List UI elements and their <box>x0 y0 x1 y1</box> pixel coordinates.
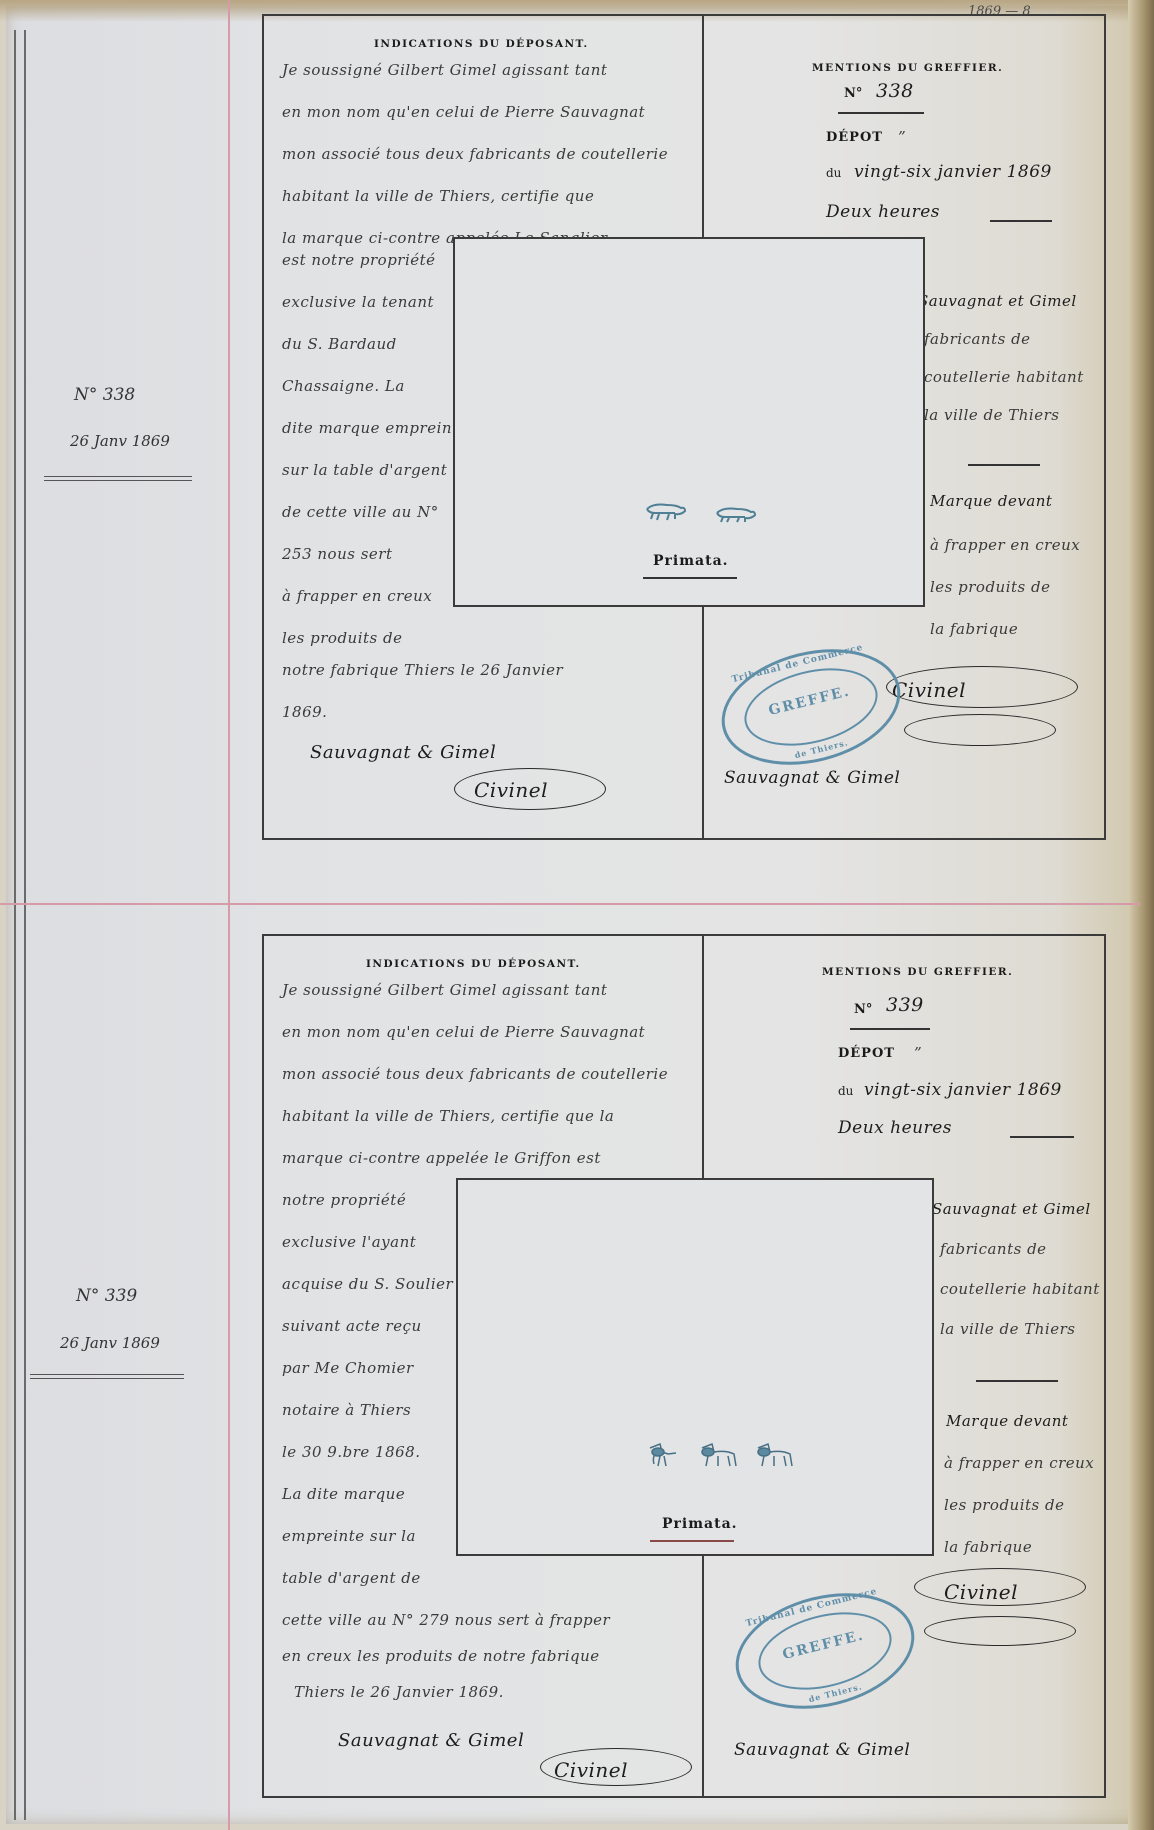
date-du-label: du <box>826 166 841 180</box>
margin-record-date: 26 Janv 1869 <box>70 432 170 450</box>
declaration-line: notaire à Thiers <box>282 1390 411 1430</box>
clerk-line: fabricants de <box>924 330 1031 348</box>
clerk-line: la fabrique <box>930 620 1018 638</box>
clerk-line: à frapper en creux <box>930 536 1080 554</box>
deposit-number: 339 <box>886 994 924 1016</box>
deposit-record-339: Indications du déposant. Mentions du gre… <box>262 934 1106 1798</box>
margin-record-date: 26 Janv 1869 <box>60 1334 160 1352</box>
depositor-heading: Indications du déposant. <box>366 958 581 970</box>
declaration-line: acquise du S. Soulier <box>282 1264 453 1304</box>
deposit-number-underline <box>850 1028 930 1030</box>
signature-flourish <box>924 1616 1076 1646</box>
declaration-line: notre propriété <box>282 1180 406 1220</box>
deposit-record-338: Indications du déposant. Mentions du gre… <box>262 14 1106 840</box>
declaration-line: mon associé tous deux fabricants de cout… <box>282 134 668 174</box>
trademark-impression-box: Primata. <box>456 1178 934 1556</box>
clerk-line: coutellerie habitant <box>924 368 1084 386</box>
depositor-heading: Indications du déposant. <box>374 38 589 50</box>
deposit-time: Deux heures <box>826 202 940 222</box>
declaration-line: 1869. <box>282 692 327 732</box>
caption-underline <box>643 577 737 579</box>
page-right-edge <box>1128 0 1154 1830</box>
margin-rule-horizontal <box>0 903 1140 905</box>
declaration-line: habitant la ville de Thiers, certifie qu… <box>282 176 594 216</box>
declaration-line: cette ville au N° 279 nous sert à frappe… <box>282 1600 610 1640</box>
deposit-number-label: N° <box>844 86 862 101</box>
clerk-line: les produits de <box>944 1496 1064 1514</box>
deposit-number-label: N° <box>854 1002 872 1017</box>
depot-ditto: ” <box>898 128 906 146</box>
declaration-line: Je soussigné Gilbert Gimel agissant tant <box>282 970 607 1010</box>
signature-flourish <box>540 1748 692 1786</box>
margin-double-rule <box>44 476 192 481</box>
griffin-stamp-icon <box>646 1442 806 1472</box>
declaration-line: à frapper en creux <box>282 576 432 616</box>
clerk-line: à frapper en creux <box>944 1454 1094 1472</box>
depositor-signature: Sauvagnat & Gimel <box>338 1730 524 1751</box>
clerk-line: la ville de Thiers <box>940 1320 1075 1338</box>
deposit-time: Deux heures <box>838 1118 952 1138</box>
declaration-line: Thiers le 26 Janvier 1869. <box>294 1672 504 1712</box>
declaration-line: dite marque empreinte <box>282 408 468 448</box>
clerk-line: Marque devant <box>946 1412 1068 1430</box>
declaration-line: habitant la ville de Thiers, certifie qu… <box>282 1096 614 1136</box>
boar-stamp-icon <box>645 501 765 523</box>
margin-double-rule <box>30 1374 184 1379</box>
time-rule <box>1010 1136 1074 1138</box>
binding-lines <box>14 30 26 1820</box>
clerk-line: coutellerie habitant <box>940 1280 1100 1298</box>
clerk-line: la fabrique <box>944 1538 1032 1556</box>
declaration-line: du S. Bardaud <box>282 324 397 364</box>
clerk-line: Marque devant <box>930 492 1052 510</box>
clerk-line: la ville de Thiers <box>924 406 1059 424</box>
clerk-signature: Sauvagnat & Gimel <box>734 1740 910 1760</box>
time-rule <box>990 220 1052 222</box>
trademark-impression-box: Primata. <box>453 237 925 607</box>
clerk-line: les produits de <box>930 578 1050 596</box>
declaration-line: Chassaigne. La <box>282 366 405 406</box>
margin-rule-vertical <box>228 0 230 1830</box>
depot-label: DÉPOT <box>826 130 883 145</box>
greffe-stamp: Tribunal de Commerce GREFFE. de Thiers. <box>723 1576 926 1727</box>
mark-caption: Primata. <box>662 1516 738 1532</box>
clerk-line: Sauvagnat et Gimel <box>918 292 1077 310</box>
deposit-date: vingt-six janvier 1869 <box>864 1080 1062 1100</box>
declaration-line: notre fabrique Thiers le 26 Janvier <box>282 650 563 690</box>
declaration-line: exclusive l'ayant <box>282 1222 416 1262</box>
declaration-line: 253 nous sert <box>282 534 393 574</box>
margin-record-number: N° 338 <box>74 385 135 405</box>
declaration-line: Je soussigné Gilbert Gimel agissant tant <box>282 50 607 90</box>
declaration-line: sur la table d'argent <box>282 450 447 490</box>
declaration-line: suivant acte reçu <box>282 1306 422 1346</box>
deposit-date: vingt-six janvier 1869 <box>854 162 1052 182</box>
clerk-rule <box>976 1380 1058 1382</box>
declaration-line: en creux les produits de notre fabrique <box>282 1636 600 1676</box>
declaration-line: empreinte sur la <box>282 1516 416 1556</box>
depot-label: DÉPOT <box>838 1046 895 1061</box>
declaration-line: en mon nom qu'en celui de Pierre Sauvagn… <box>282 92 645 132</box>
caption-underline <box>650 1540 734 1542</box>
registrar-heading: Mentions du greffier. <box>812 62 1003 74</box>
declaration-line: par Me Chomier <box>282 1348 414 1388</box>
date-du-label: du <box>838 1084 853 1098</box>
declaration-line: en mon nom qu'en celui de Pierre Sauvagn… <box>282 1012 645 1052</box>
signature-flourish <box>914 1568 1086 1606</box>
declaration-line: mon associé tous deux fabricants de cout… <box>282 1054 668 1094</box>
declaration-line: La dite marque <box>282 1474 405 1514</box>
declaration-line: est notre propriété <box>282 240 436 280</box>
signature-flourish <box>904 714 1056 746</box>
mark-caption: Primata. <box>653 553 729 569</box>
declaration-line: marque ci-contre appelée le Griffon est <box>282 1138 601 1178</box>
clerk-line: fabricants de <box>940 1240 1047 1258</box>
signature-flourish <box>886 666 1078 708</box>
declaration-line: le 30 9.bre 1868. <box>282 1432 420 1472</box>
greffe-stamp: Tribunal de Commerce GREFFE. de Thiers. <box>709 632 912 783</box>
signature-flourish <box>454 768 606 810</box>
clerk-line: Sauvagnat et Gimel <box>932 1200 1091 1218</box>
depositor-signature: Sauvagnat & Gimel <box>310 742 496 763</box>
declaration-line: table d'argent de <box>282 1558 421 1598</box>
declaration-line: exclusive la tenant <box>282 282 434 322</box>
registrar-heading: Mentions du greffier. <box>822 966 1013 978</box>
depot-ditto: ” <box>914 1044 922 1062</box>
deposit-number: 338 <box>876 80 914 102</box>
margin-record-number: N° 339 <box>76 1286 137 1306</box>
clerk-rule <box>968 464 1040 466</box>
declaration-line: de cette ville au N° <box>282 492 439 532</box>
deposit-number-underline <box>838 112 924 114</box>
